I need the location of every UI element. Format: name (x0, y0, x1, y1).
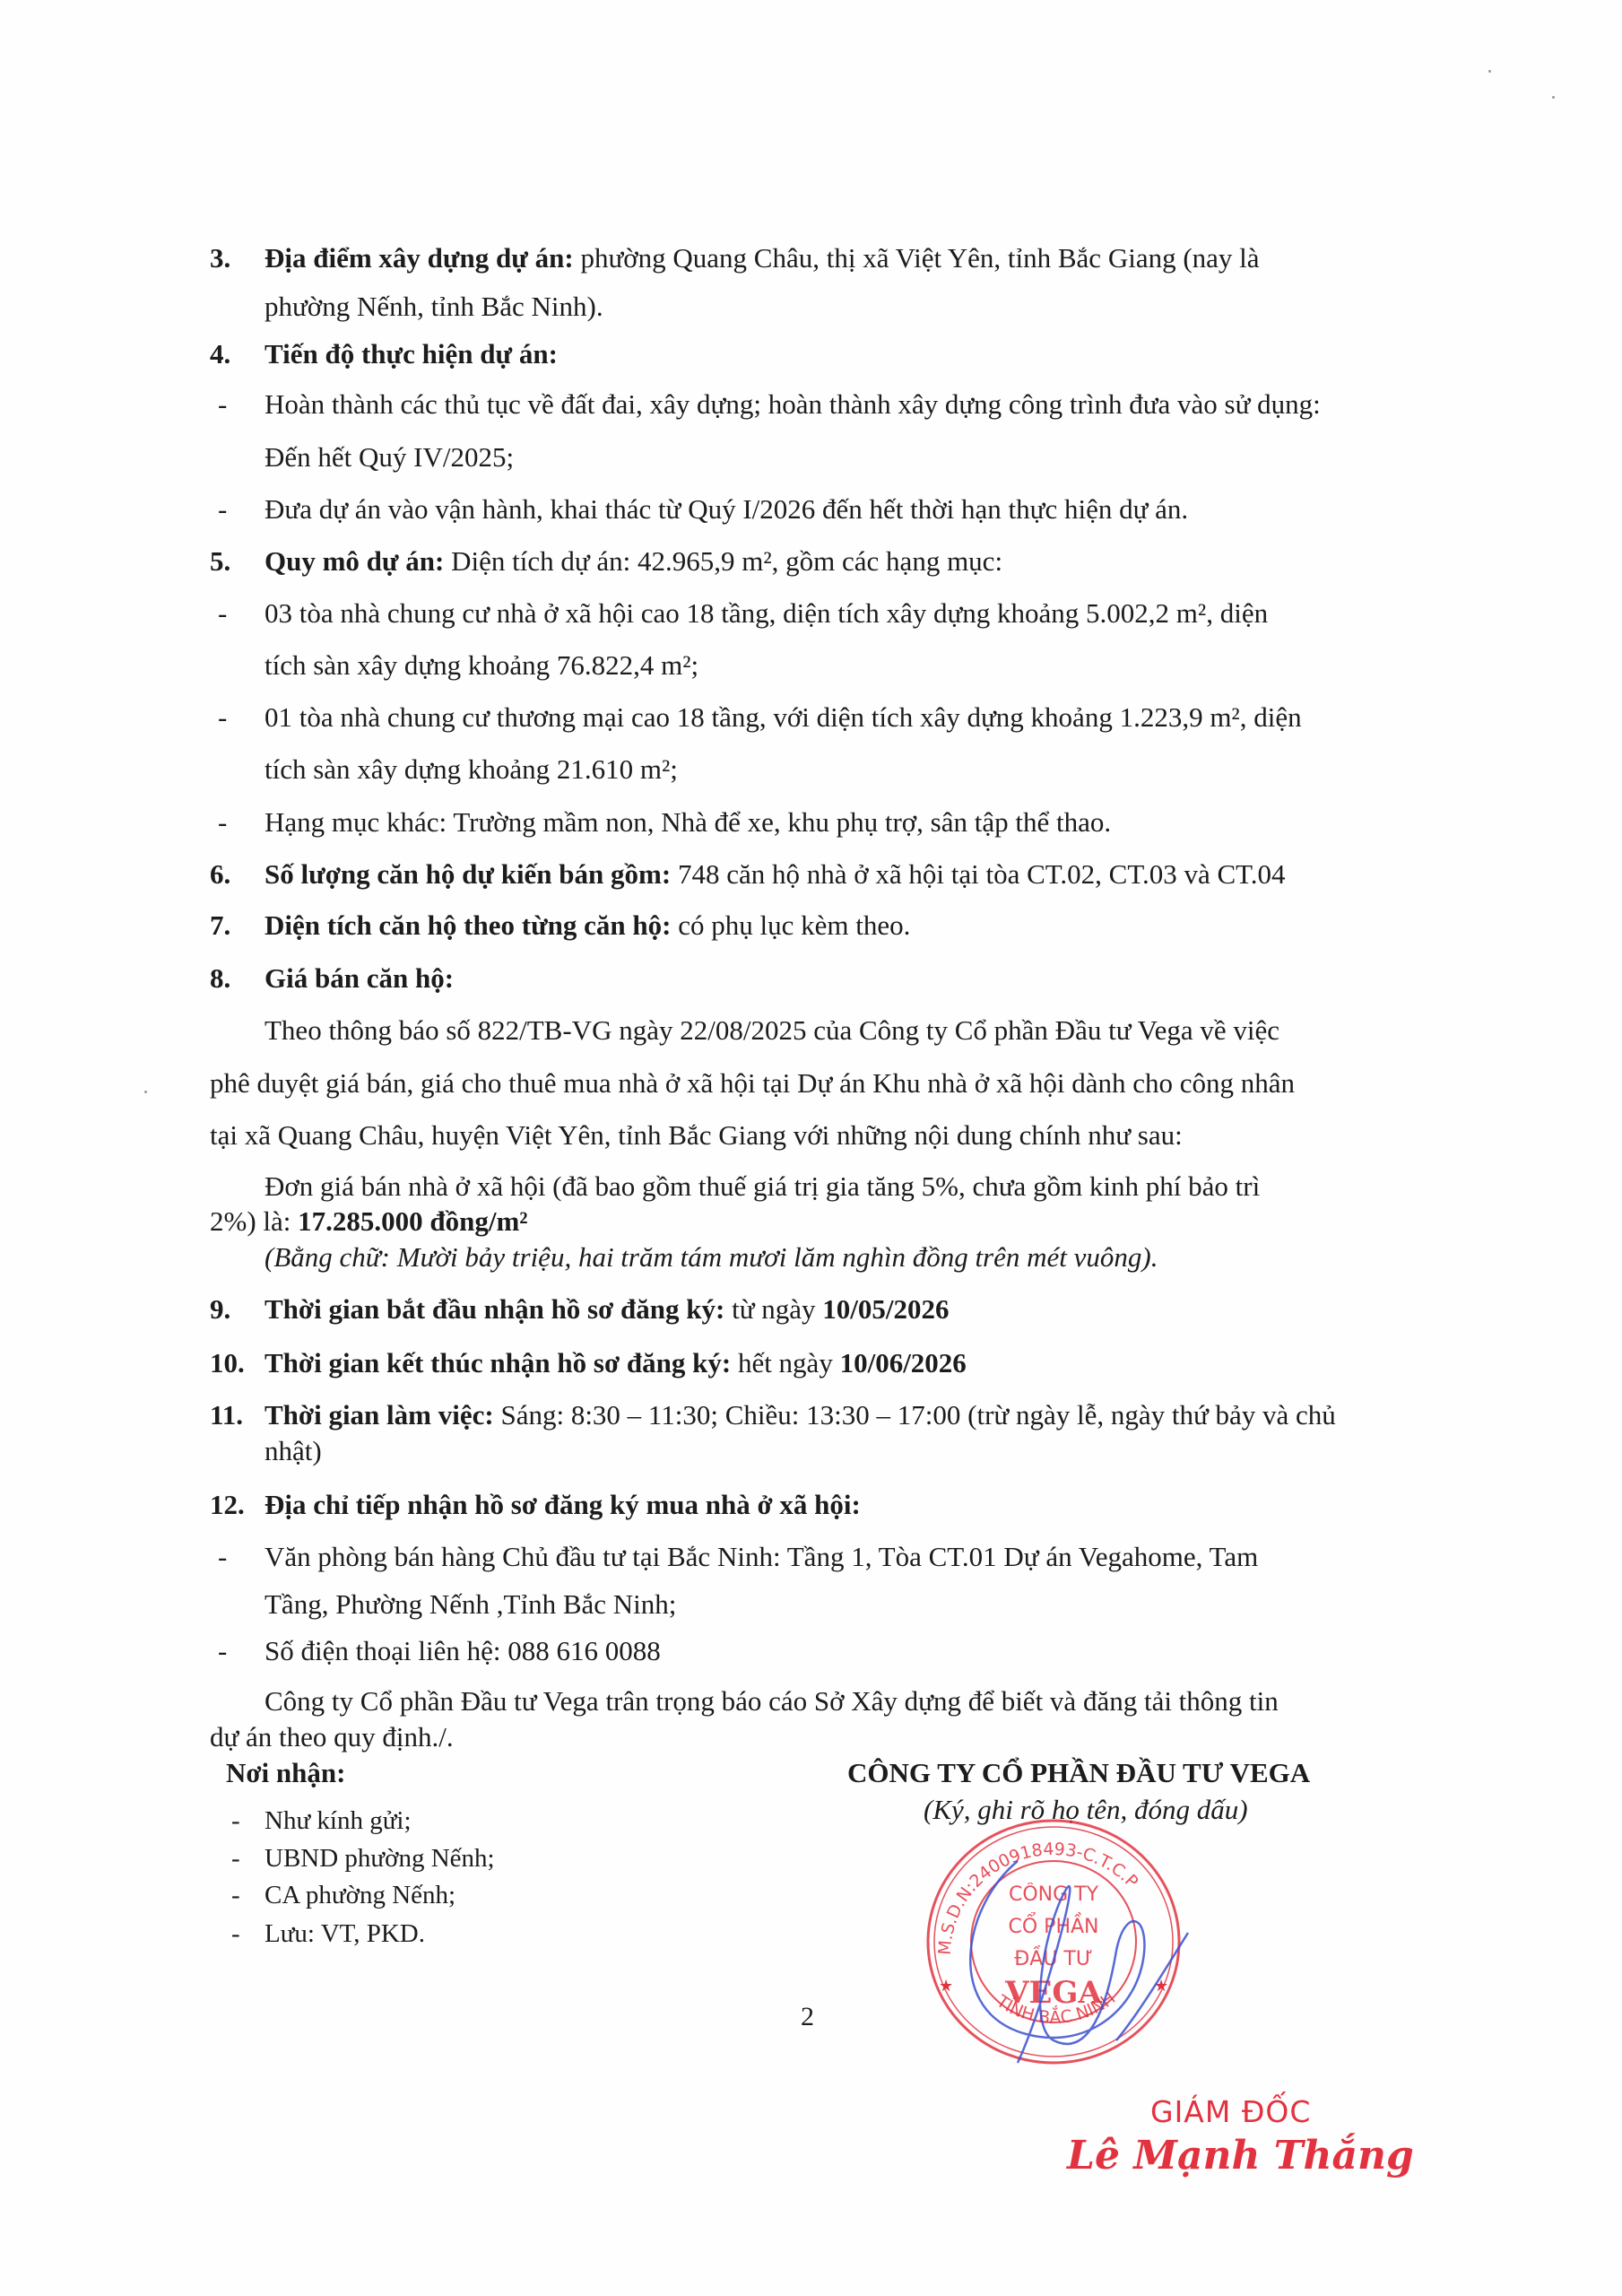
company-stamp: M.S.D.N:2400918493-C.T.C.P TỈNH BẮC NINH… (910, 1807, 1197, 2076)
bullet-dash: - (231, 1803, 240, 1839)
item-number: 6. (210, 857, 230, 892)
item-number: 9. (210, 1291, 230, 1327)
item-text-cont: nhật) (265, 1433, 322, 1469)
item-text: Sáng: 8:30 – 11:30; Chiều: 13:30 – 17:00… (494, 1399, 1336, 1431)
bullet-dash: - (218, 804, 227, 840)
start-date: 10/05/2026 (822, 1293, 949, 1325)
recipient: Như kính gửi; (265, 1803, 412, 1839)
item-label: Giá bán căn hộ: (265, 961, 454, 996)
recipient: Lưu: VT, PKD. (265, 1916, 425, 1952)
item-label: Thời gian kết thúc nhận hồ sơ đăng ký: (265, 1347, 731, 1378)
end-date: 10/06/2026 (840, 1347, 967, 1378)
price-in-words: (Bằng chữ: Mười bảy triệu, hai trăm tám … (265, 1239, 1158, 1275)
item-label: Thời gian làm việc: (265, 1399, 494, 1431)
bullet-text-cont: Đến hết Quý IV/2025; (265, 439, 514, 475)
item-label: Số lượng căn hộ dự kiến bán gồm: (265, 858, 671, 890)
item-number: 4. (210, 336, 230, 372)
scan-speck (144, 1091, 147, 1093)
item-text: phường Quang Châu, thị xã Việt Yên, tỉnh… (574, 242, 1260, 274)
item-label: Tiến độ thực hiện dự án: (265, 336, 558, 372)
bullet-text: 03 tòa nhà chung cư nhà ở xã hội cao 18 … (265, 596, 1268, 631)
document-page: 3. Địa điểm xây dựng dự án: phường Quang… (0, 0, 1622, 2296)
stamp-star-icon: ★ (939, 1977, 953, 1995)
bullet-text: Đưa dự án vào vận hành, khai thác từ Quý… (265, 491, 1188, 527)
bullet-dash: - (218, 596, 227, 631)
price-line: 2%) là: 17.285.000 đồng/m² (210, 1204, 528, 1239)
bullet-dash: - (218, 1633, 227, 1669)
price-value: 17.285.000 đồng/m² (298, 1205, 527, 1237)
closing-line: Công ty Cổ phần Đầu tư Vega trân trọng b… (265, 1683, 1279, 1719)
scan-speck (1552, 96, 1555, 99)
item-number: 11. (210, 1397, 243, 1433)
bullet-text: Số điện thoại liên hệ: 088 616 0088 (265, 1633, 661, 1669)
item-3-line: Địa điểm xây dựng dự án: phường Quang Ch… (265, 240, 1260, 276)
page-number: 2 (801, 2002, 814, 2032)
bullet-dash: - (218, 491, 227, 527)
item-label: Quy mô dự án: (265, 545, 444, 577)
item-text: từ ngày (724, 1293, 822, 1325)
bullet-text-cont: Tầng, Phường Nếnh ,Tỉnh Bắc Ninh; (265, 1587, 676, 1622)
bullet-text: Văn phòng bán hàng Chủ đầu tư tại Bắc Ni… (265, 1539, 1258, 1575)
paragraph-line: phê duyệt giá bán, giá cho thuê mua nhà … (210, 1065, 1295, 1101)
item-number: 12. (210, 1487, 245, 1523)
item-5-line: Quy mô dự án: Diện tích dự án: 42.965,9 … (265, 544, 1002, 579)
signer-title: GIÁM ĐỐC (1150, 2094, 1311, 2129)
item-11-line: Thời gian làm việc: Sáng: 8:30 – 11:30; … (265, 1397, 1336, 1433)
bullet-dash: - (231, 1877, 240, 1913)
item-text: có phụ lục kèm theo. (671, 909, 910, 941)
bullet-dash: - (218, 700, 227, 735)
bullet-text-cont: tích sàn xây dựng khoảng 21.610 m²; (265, 752, 678, 787)
paragraph-line: Theo thông báo số 822/TB-VG ngày 22/08/2… (265, 1013, 1279, 1048)
signer-name: Lê Mạnh Thắng (1067, 2133, 1414, 2179)
bullet-dash: - (218, 1539, 227, 1575)
item-label: Thời gian bắt đầu nhận hồ sơ đăng ký: (265, 1293, 724, 1325)
price-description: Đơn giá bán nhà ở xã hội (đã bao gồm thu… (265, 1169, 1260, 1205)
recipients-title: Nơi nhận: (226, 1755, 345, 1791)
bullet-text: 01 tòa nhà chung cư thương mại cao 18 tầ… (265, 700, 1302, 735)
item-text: Diện tích dự án: 42.965,9 m², gồm các hạ… (444, 545, 1002, 577)
bullet-text: Hoàn thành các thủ tục về đất đai, xây d… (265, 387, 1321, 422)
stamp-inner-line: CÔNG TY (1009, 1883, 1099, 1906)
item-7-line: Diện tích căn hộ theo từng căn hộ: có ph… (265, 908, 910, 944)
item-label: Địa điểm xây dựng dự án: (265, 242, 574, 274)
item-6-line: Số lượng căn hộ dự kiến bán gồm: 748 căn… (265, 857, 1286, 892)
item-text-cont: phường Nếnh, tỉnh Bắc Ninh). (265, 289, 603, 325)
item-text: 748 căn hộ nhà ở xã hội tại tòa CT.02, C… (671, 858, 1285, 890)
item-10-line: Thời gian kết thúc nhận hồ sơ đăng ký: h… (265, 1345, 967, 1381)
item-9-line: Thời gian bắt đầu nhận hồ sơ đăng ký: từ… (265, 1291, 950, 1327)
item-label: Địa chỉ tiếp nhận hồ sơ đăng ký mua nhà … (265, 1487, 861, 1523)
scan-speck (1488, 70, 1491, 73)
company-name: CÔNG TY CỔ PHẦN ĐẦU TƯ VEGA (847, 1755, 1310, 1791)
bullet-dash: - (231, 1840, 240, 1876)
item-number: 8. (210, 961, 230, 996)
item-text: hết ngày (731, 1347, 839, 1378)
item-number: 10. (210, 1345, 245, 1381)
bullet-dash: - (218, 387, 227, 422)
closing-line: dự án theo quy định./. (210, 1719, 454, 1755)
bullet-text-cont: tích sàn xây dựng khoảng 76.822,4 m²; (265, 648, 698, 683)
item-label: Diện tích căn hộ theo từng căn hộ: (265, 909, 671, 941)
recipient: CA phường Nếnh; (265, 1877, 455, 1913)
paragraph-line: tại xã Quang Châu, huyện Việt Yên, tỉnh … (210, 1118, 1183, 1153)
bullet-dash: - (231, 1916, 240, 1952)
price-prefix: 2%) là: (210, 1205, 298, 1237)
item-number: 3. (210, 240, 230, 276)
item-number: 5. (210, 544, 230, 579)
stamp-inner-brand: VEGA (1004, 1975, 1102, 2011)
item-number: 7. (210, 908, 230, 944)
recipient: UBND phường Nếnh; (265, 1840, 495, 1876)
bullet-text: Hạng mục khác: Trường mầm non, Nhà để xe… (265, 804, 1111, 840)
